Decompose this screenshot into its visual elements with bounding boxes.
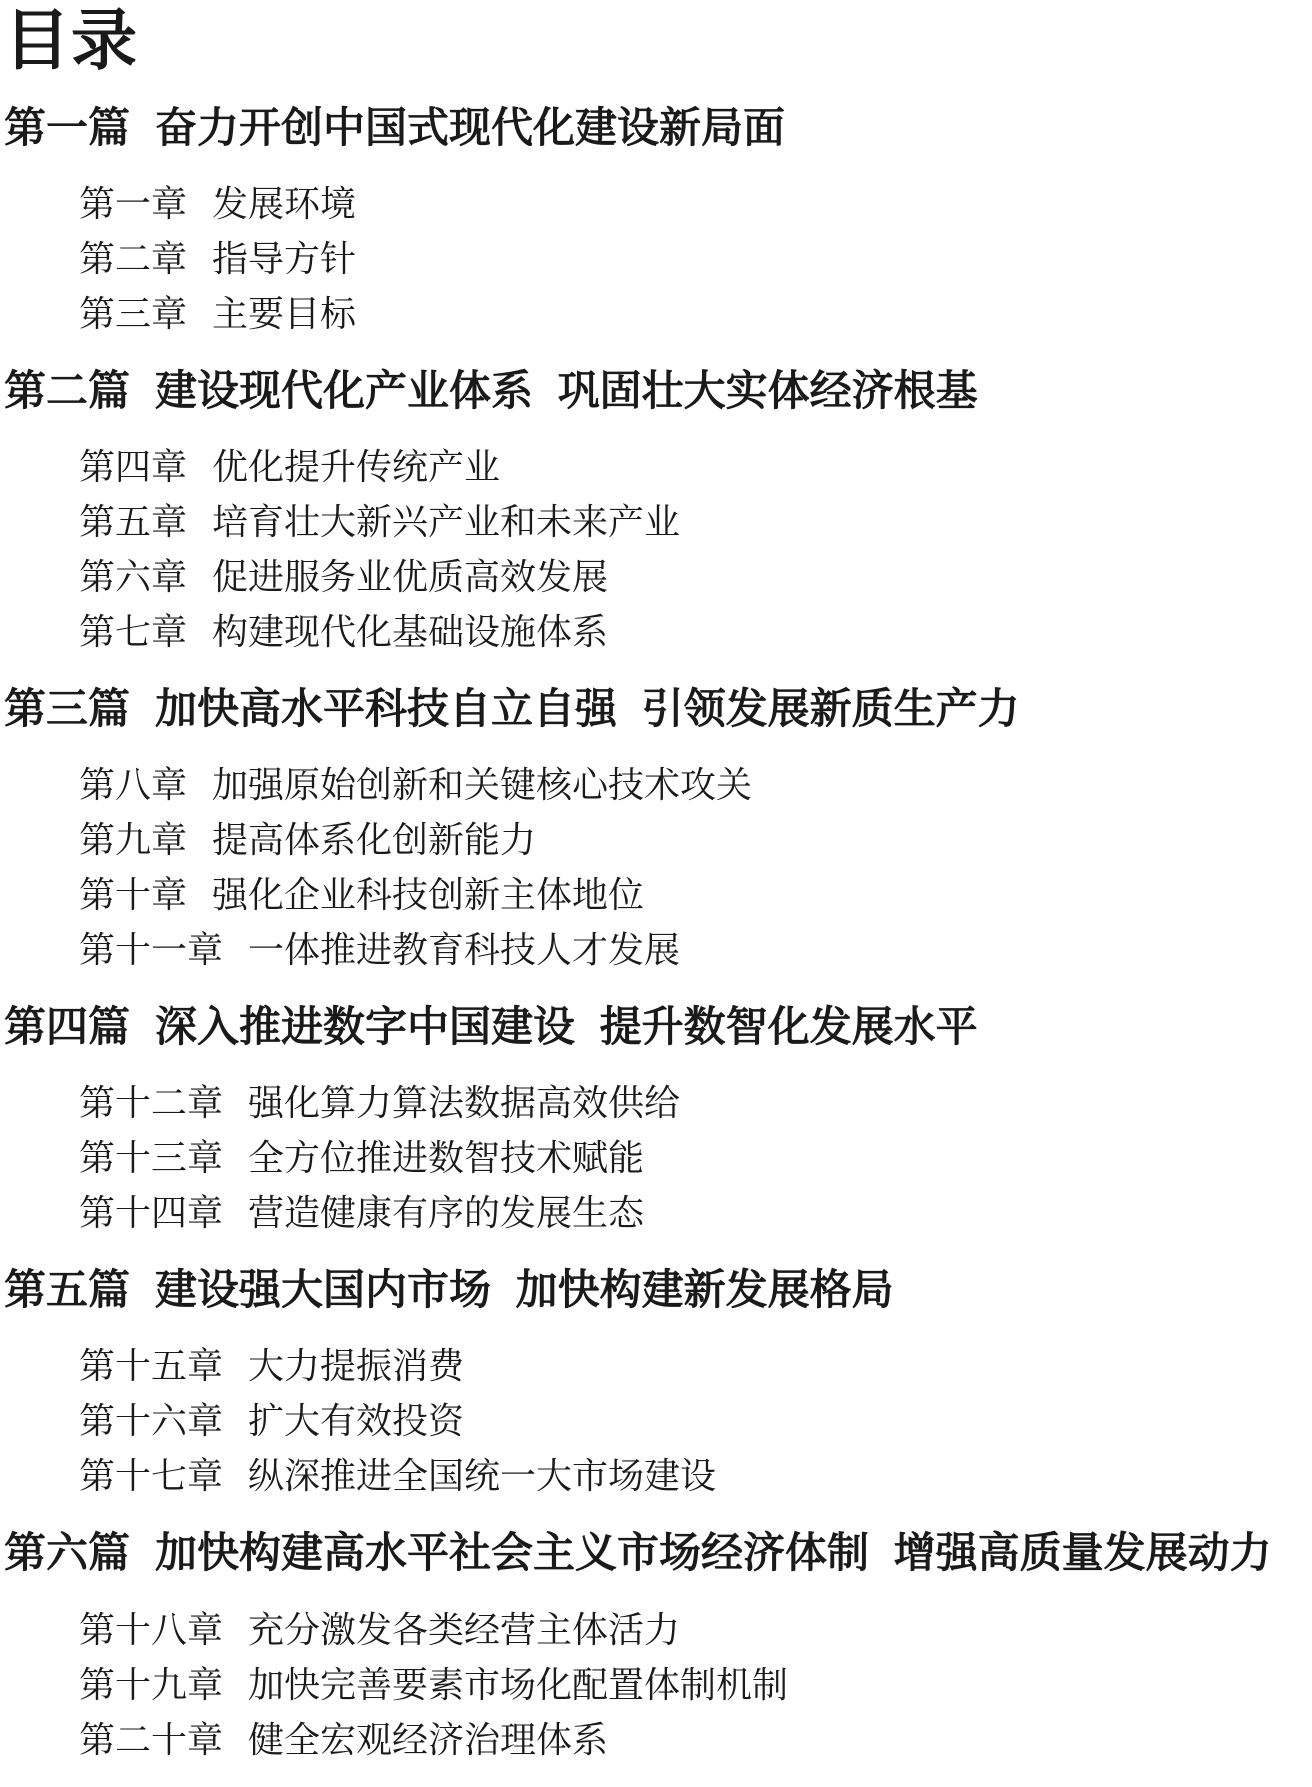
- section-number: 第五篇: [4, 1268, 130, 1312]
- chapter-title: 指导方针: [212, 231, 356, 282]
- chapter-entry: 第十五章 大力提振消费: [4, 1336, 1312, 1391]
- section-number: 第一篇: [4, 106, 130, 150]
- chapter-entry: 第十七章 纵深推进全国统一大市场建设: [4, 1446, 1312, 1501]
- chapter-entry: 第十章 强化企业科技创新主体地位: [4, 865, 1312, 920]
- chapter-number: 第十六章: [79, 1393, 223, 1444]
- chapter-entry: 第十九章 加快完善要素市场化配置体制机制: [4, 1655, 1312, 1710]
- chapter-number: 第十八章: [79, 1602, 223, 1653]
- section-heading: 第一篇 奋力开创中国式现代化建设新局面: [4, 106, 1312, 150]
- chapter-list: 第十二章 强化算力算法数据高效供给 第十三章 全方位推进数智技术赋能 第十四章 …: [4, 1073, 1312, 1238]
- chapter-number: 第二章: [79, 231, 187, 282]
- toc-section-1: 第一篇 奋力开创中国式现代化建设新局面 第一章 发展环境 第二章 指导方针 第三…: [4, 106, 1312, 339]
- chapter-entry: 第三章 主要目标: [4, 284, 1312, 339]
- chapter-title: 加快完善要素市场化配置体制机制: [248, 1657, 788, 1708]
- chapter-number: 第五章: [79, 494, 187, 545]
- chapter-list: 第一章 发展环境 第二章 指导方针 第三章 主要目标: [4, 174, 1312, 339]
- chapter-title: 发展环境: [212, 176, 356, 227]
- chapter-list: 第四章 优化提升传统产业 第五章 培育壮大新兴产业和未来产业 第六章 促进服务业…: [4, 437, 1312, 657]
- toc-section-6: 第六篇 加快构建高水平社会主义市场经济体制 增强高质量发展动力 第十八章 充分激…: [4, 1531, 1312, 1764]
- chapter-title: 构建现代化基础设施体系: [212, 604, 608, 655]
- page-title: 目录: [4, 6, 1312, 76]
- chapter-entry: 第十四章 营造健康有序的发展生态: [4, 1183, 1312, 1238]
- toc-page: 目录 第一篇 奋力开创中国式现代化建设新局面 第一章 发展环境 第二章 指导方针…: [0, 0, 1312, 1765]
- chapter-title: 优化提升传统产业: [212, 439, 500, 490]
- chapter-title: 大力提振消费: [248, 1338, 464, 1389]
- section-title: 深入推进数字中国建设 提升数智化发展水平: [155, 1005, 978, 1049]
- chapter-number: 第八章: [79, 757, 187, 808]
- chapter-number: 第十章: [79, 867, 187, 918]
- chapter-number: 第十九章: [79, 1657, 223, 1708]
- chapter-number: 第十二章: [79, 1075, 223, 1126]
- chapter-entry: 第二章 指导方针: [4, 229, 1312, 284]
- chapter-title: 提高体系化创新能力: [212, 812, 536, 863]
- chapter-number: 第十七章: [79, 1448, 223, 1499]
- chapter-title: 纵深推进全国统一大市场建设: [248, 1448, 716, 1499]
- chapter-number: 第十五章: [79, 1338, 223, 1389]
- section-heading: 第五篇 建设强大国内市场 加快构建新发展格局: [4, 1268, 1312, 1312]
- section-title: 加快构建高水平社会主义市场经济体制 增强高质量发展动力: [155, 1531, 1272, 1575]
- section-title: 建设强大国内市场 加快构建新发展格局: [155, 1268, 894, 1312]
- section-number: 第二篇: [4, 369, 130, 413]
- section-title: 建设现代化产业体系 巩固壮大实体经济根基: [155, 369, 978, 413]
- chapter-entry: 第六章 促进服务业优质高效发展: [4, 547, 1312, 602]
- section-title: 加快高水平科技自立自强 引领发展新质生产力: [155, 687, 1020, 731]
- section-title: 奋力开创中国式现代化建设新局面: [155, 106, 785, 150]
- chapter-entry: 第十二章 强化算力算法数据高效供给: [4, 1073, 1312, 1128]
- chapter-number: 第十一章: [79, 922, 223, 973]
- chapter-number: 第十四章: [79, 1185, 223, 1236]
- chapter-title: 扩大有效投资: [248, 1393, 464, 1444]
- section-number: 第四篇: [4, 1005, 130, 1049]
- chapter-entry: 第二十章 健全宏观经济治理体系: [4, 1710, 1312, 1765]
- chapter-list: 第八章 加强原始创新和关键核心技术攻关 第九章 提高体系化创新能力 第十章 强化…: [4, 755, 1312, 975]
- chapter-title: 健全宏观经济治理体系: [248, 1712, 608, 1763]
- chapter-title: 全方位推进数智技术赋能: [248, 1130, 644, 1181]
- section-heading: 第三篇 加快高水平科技自立自强 引领发展新质生产力: [4, 687, 1312, 731]
- chapter-number: 第七章: [79, 604, 187, 655]
- chapter-list: 第十五章 大力提振消费 第十六章 扩大有效投资 第十七章 纵深推进全国统一大市场…: [4, 1336, 1312, 1501]
- chapter-entry: 第七章 构建现代化基础设施体系: [4, 602, 1312, 657]
- chapter-entry: 第十三章 全方位推进数智技术赋能: [4, 1128, 1312, 1183]
- chapter-title: 强化企业科技创新主体地位: [212, 867, 644, 918]
- chapter-number: 第六章: [79, 549, 187, 600]
- section-number: 第六篇: [4, 1531, 130, 1575]
- chapter-number: 第四章: [79, 439, 187, 490]
- chapter-title: 主要目标: [212, 286, 356, 337]
- chapter-entry: 第十六章 扩大有效投资: [4, 1391, 1312, 1446]
- toc-section-3: 第三篇 加快高水平科技自立自强 引领发展新质生产力 第八章 加强原始创新和关键核…: [4, 687, 1312, 975]
- chapter-entry: 第四章 优化提升传统产业: [4, 437, 1312, 492]
- chapter-title: 加强原始创新和关键核心技术攻关: [212, 757, 752, 808]
- chapter-number: 第三章: [79, 286, 187, 337]
- chapter-number: 第十三章: [79, 1130, 223, 1181]
- chapter-title: 一体推进教育科技人才发展: [248, 922, 680, 973]
- chapter-title: 培育壮大新兴产业和未来产业: [212, 494, 680, 545]
- chapter-entry: 第十八章 充分激发各类经营主体活力: [4, 1600, 1312, 1655]
- chapter-list: 第十八章 充分激发各类经营主体活力 第十九章 加快完善要素市场化配置体制机制 第…: [4, 1600, 1312, 1765]
- section-number: 第三篇: [4, 687, 130, 731]
- toc-section-4: 第四篇 深入推进数字中国建设 提升数智化发展水平 第十二章 强化算力算法数据高效…: [4, 1005, 1312, 1238]
- chapter-entry: 第十一章 一体推进教育科技人才发展: [4, 920, 1312, 975]
- chapter-title: 营造健康有序的发展生态: [248, 1185, 644, 1236]
- section-heading: 第二篇 建设现代化产业体系 巩固壮大实体经济根基: [4, 369, 1312, 413]
- section-heading: 第四篇 深入推进数字中国建设 提升数智化发展水平: [4, 1005, 1312, 1049]
- chapter-entry: 第八章 加强原始创新和关键核心技术攻关: [4, 755, 1312, 810]
- toc-section-5: 第五篇 建设强大国内市场 加快构建新发展格局 第十五章 大力提振消费 第十六章 …: [4, 1268, 1312, 1501]
- chapter-entry: 第九章 提高体系化创新能力: [4, 810, 1312, 865]
- chapter-entry: 第一章 发展环境: [4, 174, 1312, 229]
- chapter-entry: 第五章 培育壮大新兴产业和未来产业: [4, 492, 1312, 547]
- toc-section-2: 第二篇 建设现代化产业体系 巩固壮大实体经济根基 第四章 优化提升传统产业 第五…: [4, 369, 1312, 657]
- section-heading: 第六篇 加快构建高水平社会主义市场经济体制 增强高质量发展动力: [4, 1531, 1312, 1575]
- chapter-number: 第二十章: [79, 1712, 223, 1763]
- chapter-title: 强化算力算法数据高效供给: [248, 1075, 680, 1126]
- chapter-title: 促进服务业优质高效发展: [212, 549, 608, 600]
- chapter-number: 第九章: [79, 812, 187, 863]
- chapter-title: 充分激发各类经营主体活力: [248, 1602, 680, 1653]
- chapter-number: 第一章: [79, 176, 187, 227]
